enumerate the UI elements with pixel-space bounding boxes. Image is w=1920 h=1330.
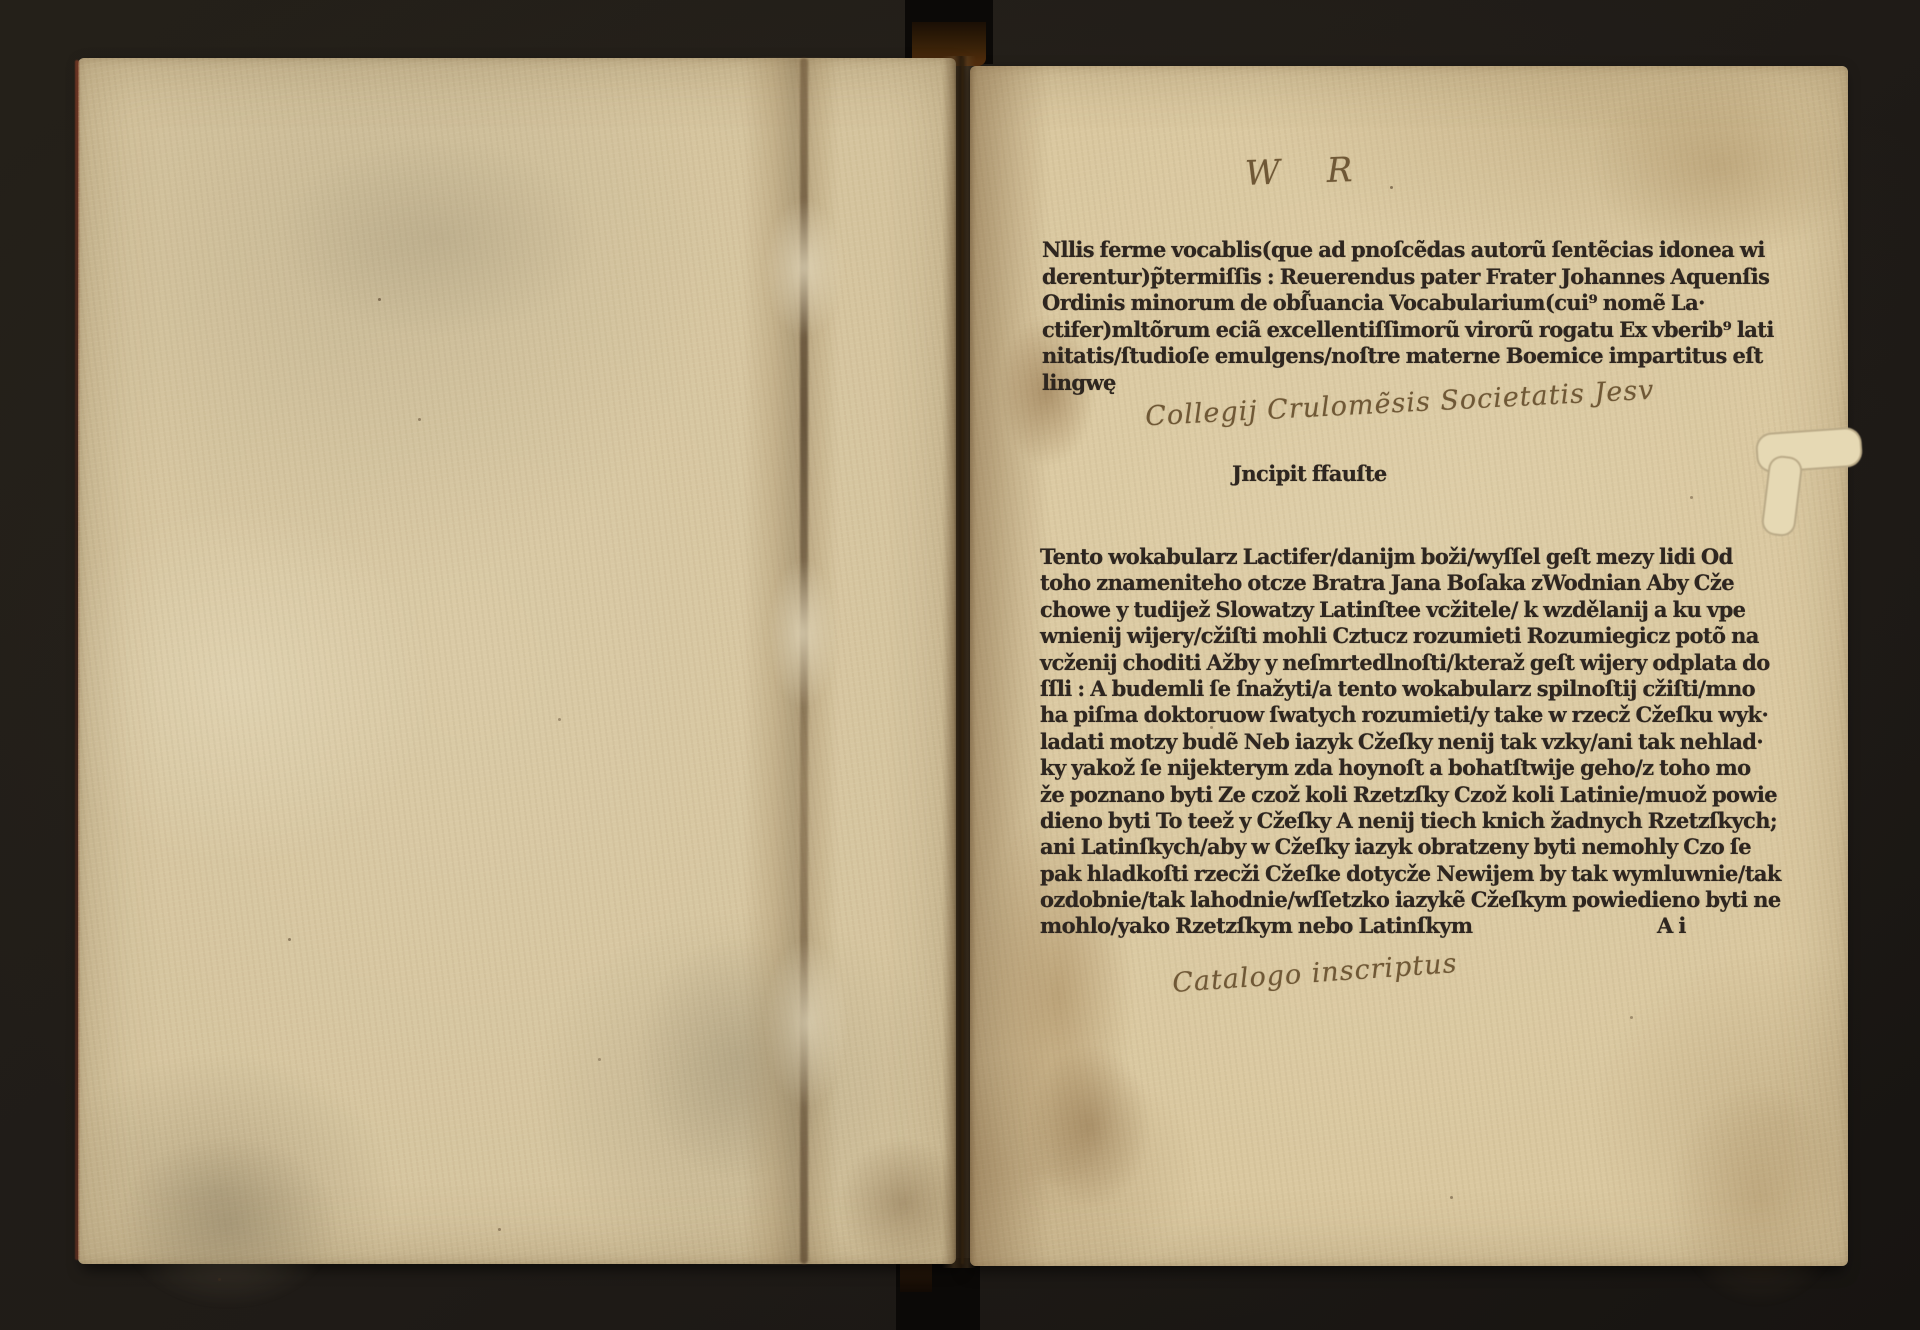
czech-line: pak hladkoſti rzecži Cžeſke dotycže Newi… <box>1040 861 1781 887</box>
czech-line: ha piſma doktoruow ſwatych rozumieti/y t… <box>1040 702 1781 728</box>
czech-line: toho znameniteho otcze Bratra Jana Boſak… <box>1040 570 1781 596</box>
stain <box>1030 1046 1150 1206</box>
latin-line: derentur)p̃termiſſis : Reuerendus pater … <box>1042 264 1774 291</box>
gutter-seam-line <box>961 58 964 1264</box>
czech-last-line: mohlo/yako Rzetzſkym nebo Latinſkym A i <box>1040 913 1781 939</box>
red-page-edge <box>75 60 79 1260</box>
latin-line: ctifer)mltõrum eciã excellentiſſimorũ vi… <box>1042 317 1774 344</box>
latin-preface-block: Nllis ferme vocablis(que ad pnoſcẽdas au… <box>1042 237 1774 396</box>
foxing-specks <box>378 298 381 301</box>
czech-line: ſſli : A budemli ſe ſnažyti/a tento woka… <box>1040 676 1781 702</box>
repair-patch <box>768 558 838 708</box>
latin-line: nitatis/ſtudioſe emulgens/noſtre materne… <box>1042 343 1774 370</box>
czech-line-text: mohlo/yako Rzetzſkym nebo Latinſkym <box>1040 913 1472 938</box>
stain <box>278 138 598 338</box>
czech-line: ozdobnie/tak lahodnie/wſſetzko iazykẽ Cž… <box>1040 887 1781 913</box>
czech-line: Tento wokabularz Lactifer/danijm boži/wy… <box>1040 544 1781 570</box>
czech-line: vcženij choditi Ažby y neſmrtedlnoſti/kt… <box>1040 650 1781 676</box>
czech-line: že poznano byti Ze czož koli Rzetzſky Cz… <box>1040 782 1781 808</box>
right-page-text: W R Nllis ferme vocablis(que ad pnoſcẽda… <box>970 66 1848 1266</box>
stain-top-right <box>1590 76 1850 256</box>
czech-line: ani Latinſkych/aby w Cžeſky iazyk obratz… <box>1040 834 1781 860</box>
czech-line: dieno byti To teež y Cžeſky A nenij tiec… <box>1040 808 1781 834</box>
gutter-shading <box>970 66 1050 1266</box>
quire-signature-mark: A i <box>1657 913 1686 939</box>
book-scan: W R Nllis ferme vocablis(que ad pnoſcẽda… <box>0 0 1920 1330</box>
stain <box>1670 1086 1850 1306</box>
czech-preface-block: Tento wokabularz Lactifer/danijm boži/wy… <box>1040 544 1781 940</box>
left-page-blank <box>78 58 956 1264</box>
czech-line: ky yakož ſe nijekterym zda hoynoſt a boh… <box>1040 755 1781 781</box>
czech-line: ladati motzy budẽ Neb iazyk Cžeſky nenij… <box>1040 729 1781 755</box>
stain <box>118 1138 338 1308</box>
incipit-line: Jncipit ffauſte <box>1232 461 1387 486</box>
handwritten-initials: W R <box>1244 150 1354 194</box>
latin-line: Ordinis minorum de obſ̃uancia Vocabulari… <box>1042 290 1774 317</box>
handwritten-catalog-note: Catalogo inscriptus <box>1171 948 1458 999</box>
latin-line: Nllis ferme vocablis(que ad pnoſcẽdas au… <box>1042 237 1774 264</box>
stain <box>838 1138 968 1268</box>
czech-line: wnienij wijery/cžiſti mohli Cztucz rozum… <box>1040 623 1781 649</box>
repair-patch <box>764 938 848 1108</box>
foxing-specks <box>1390 186 1393 189</box>
czech-line: chowe y tudijež Slowatzy Latinſtee vcžit… <box>1040 597 1781 623</box>
repair-patch <box>764 198 844 338</box>
